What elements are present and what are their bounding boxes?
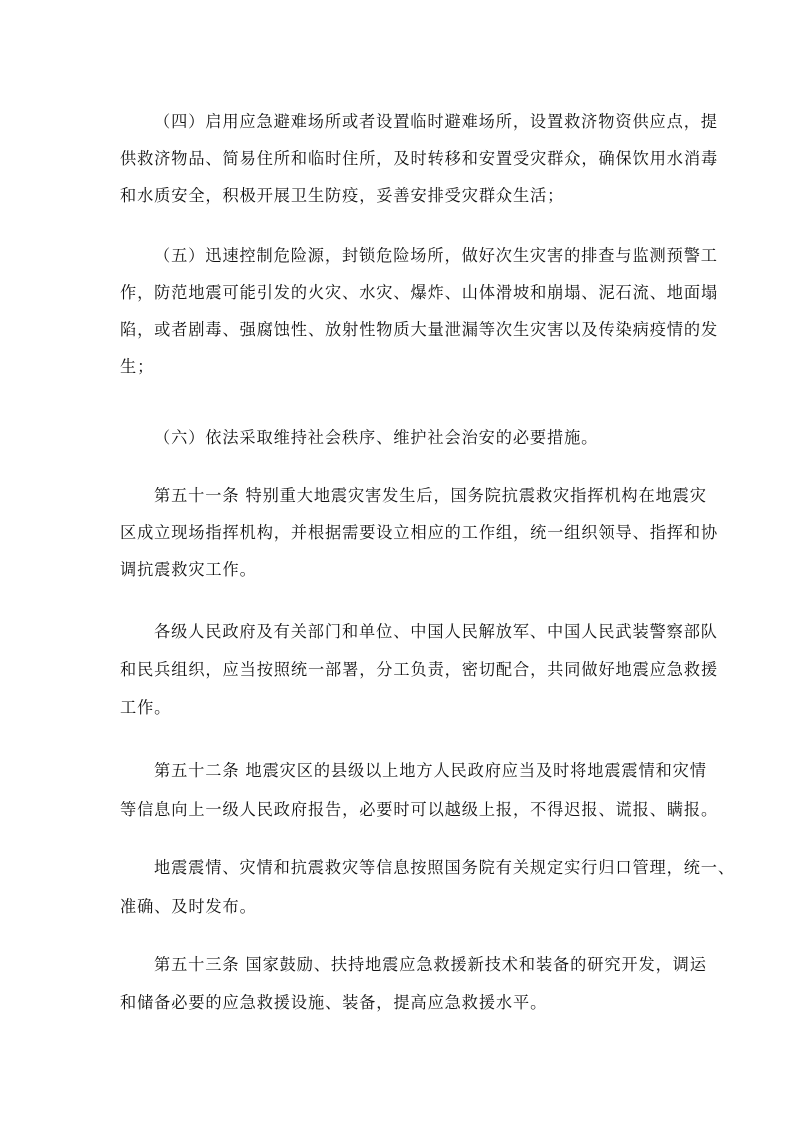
text-line: 准确、及时发布。 (120, 895, 676, 919)
text-line: 第五十一条 特别重大地震灾害发生后，国务院抗震救灾指挥机构在地震灾 (154, 484, 676, 508)
document-page: （四）启用应急避难场所或者设置临时避难场所，设置救济物资供应点，提 供救济物品、… (0, 0, 793, 1122)
text-line: 和民兵组织，应当按照统一部署，分工负责，密切配合，共同做好地震应急救援 (120, 658, 676, 682)
text-line: 和储备必要的应急救援设施、装备，提高应急救援水平。 (120, 991, 676, 1015)
text-line: （四）启用应急避难场所或者设置临时避难场所，设置救济物资供应点，提 (154, 110, 676, 134)
text-line: 工作。 (120, 696, 676, 720)
text-line: 第五十二条 地震灾区的县级以上地方人民政府应当及时将地震震情和灾情 (154, 759, 676, 783)
text-line: 生； (120, 355, 676, 379)
text-line: 供救济物品、简易住所和临时住所，及时转移和安置受灾群众，确保饮用水消毒 (120, 147, 676, 171)
text-line: 作，防范地震可能引发的火灾、水灾、爆炸、山体滑坡和崩塌、泥石流、地面塌 (120, 281, 676, 305)
text-line: 地震震情、灾情和抗震救灾等信息按照国务院有关规定实行归口管理，统一、 (154, 856, 676, 880)
text-line: 第五十三条 国家鼓励、扶持地震应急救援新技术和装备的研究开发，调运 (154, 953, 676, 977)
text-line: 等信息向上一级人民政府报告，必要时可以越级上报，不得迟报、谎报、瞒报。 (120, 798, 676, 822)
text-line: 和水质安全，积极开展卫生防疫，妥善安排受灾群众生活； (120, 184, 676, 208)
text-line: 各级人民政府及有关部门和单位、中国人民解放军、中国人民武装警察部队 (154, 620, 676, 644)
text-line: 区成立现场指挥机构，并根据需要设立相应的工作组，统一组织领导、指挥和协 (120, 521, 676, 545)
text-line: （六）依法采取维持社会秩序、维护社会治安的必要措施。 (154, 426, 676, 450)
text-line: 陷，或者剧毒、强腐蚀性、放射性物质大量泄漏等次生灾害以及传染病疫情的发 (120, 318, 676, 342)
text-line: 调抗震救灾工作。 (120, 558, 676, 582)
text-line: （五）迅速控制危险源，封锁危险场所，做好次生灾害的排查与监测预警工 (154, 244, 676, 268)
